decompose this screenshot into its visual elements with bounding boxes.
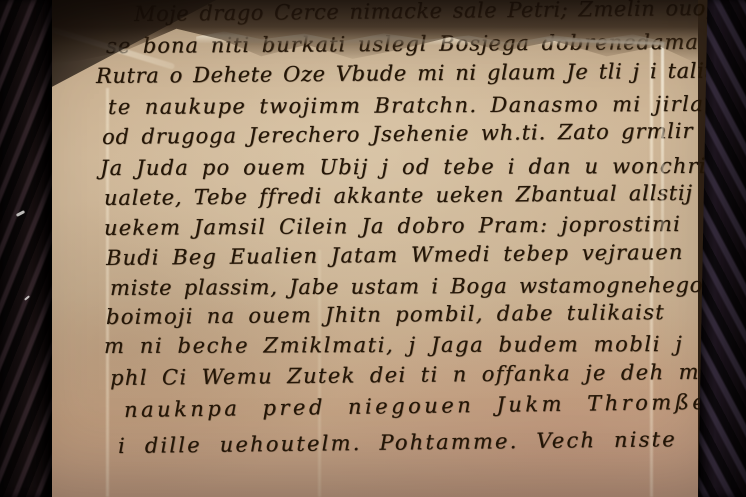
- framed-letter-photo: Moje drago Cerce nimacke sale Petri; Zme…: [0, 0, 746, 497]
- manuscript-line-6: Ja Juda po ouem Ubij j od tebe i dan u w…: [100, 156, 707, 179]
- manuscript-text: Moje drago Cerce nimacke sale Petri; Zme…: [46, 0, 698, 497]
- frame-glint-icon: [16, 210, 25, 217]
- paper-corner-highlight-side: [661, 42, 664, 252]
- manuscript-line-12: m ni beche Zmiklmati, j Jaga budem mobli…: [104, 334, 683, 357]
- manuscript-line-15: i dille uehoutelm. Pohtamme. Vech niste: [118, 429, 677, 457]
- manuscript-line-11: boimoji na ouem Jhitn pombil, dabe tulik…: [106, 302, 665, 328]
- manuscript-line-9: Budi Beg Eualien Jatam Wmedi tebep vejra…: [106, 242, 684, 269]
- manuscript-line-8: uekem Jamsil Cilein Ja dobro Pram: jopro…: [104, 214, 681, 239]
- letter-paper: Moje drago Cerce nimacke sale Petri; Zme…: [46, 0, 698, 497]
- manuscript-line-3: Rutra o Dehete Oze Vbude mi ni glaum Je …: [96, 60, 727, 87]
- manuscript-line-7: ualete, Tebe ffredi akkante ueken Zbantu…: [104, 183, 693, 209]
- frame-left: [0, 0, 52, 497]
- manuscript-line-10: miste plassim, Jabe ustam i Boga wstamog…: [110, 275, 703, 299]
- manuscript-line-14: nauknpa pred niegouen Jukm Thromßen: [124, 392, 726, 421]
- frame-glint-icon: [24, 295, 30, 300]
- manuscript-line-13: phl Ci Wemu Zutek dei ti n offanka je de…: [110, 362, 700, 389]
- manuscript-line-5: od drugoga Jerechero Jsehenie wh.ti. Zat…: [102, 121, 694, 148]
- manuscript-line-4: te naukupe twojimm Bratchn. Danasmo mi j…: [108, 94, 704, 118]
